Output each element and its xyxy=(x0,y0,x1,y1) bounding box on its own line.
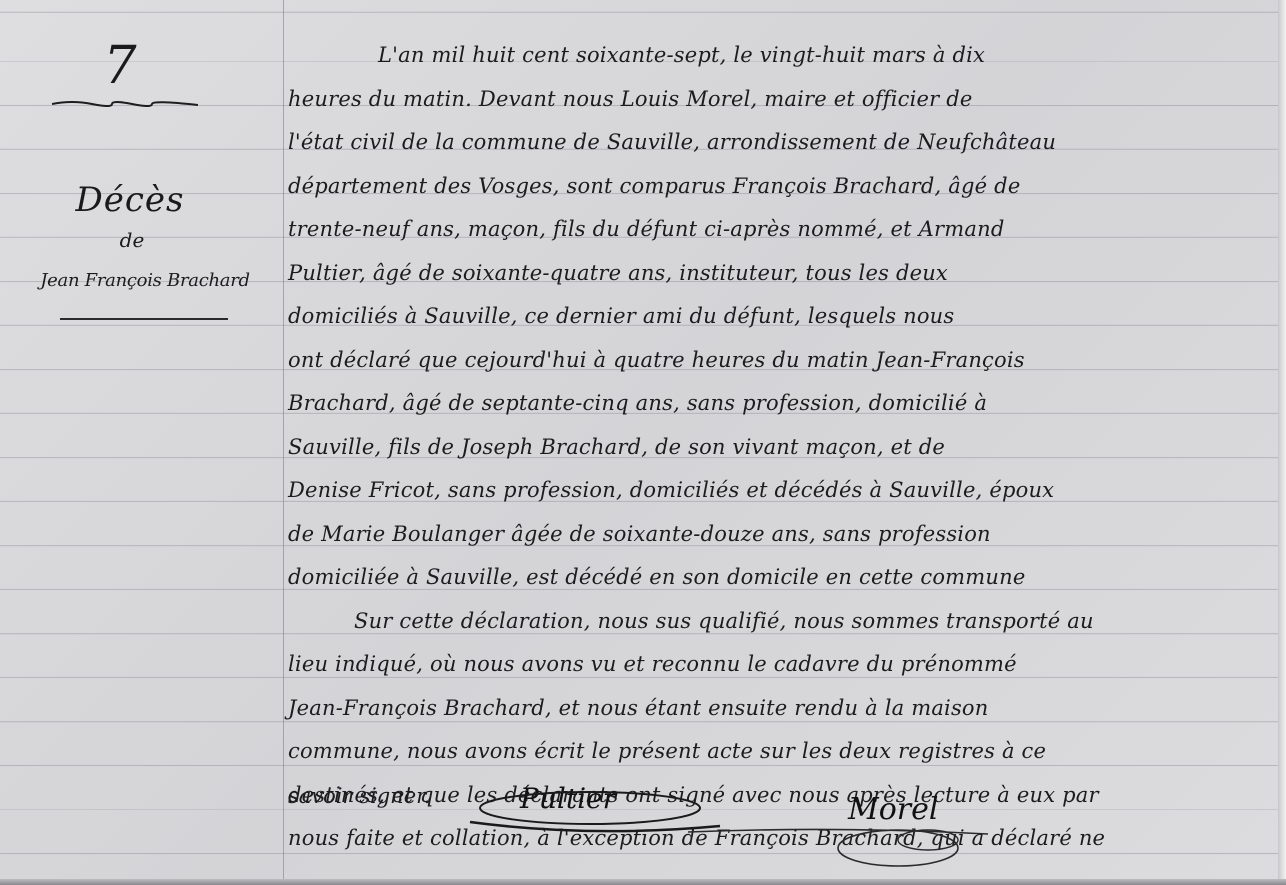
body-line: L'an mil huit cent soixante-sept, le vin… xyxy=(288,34,1278,78)
body-line: lieu indiqué, où nous avons vu et reconn… xyxy=(288,643,1278,687)
margin-column: 7 Décès de Jean François Brachard xyxy=(0,0,283,885)
body-line: Pultier, âgé de soixante-quatre ans, ins… xyxy=(288,252,1278,296)
closing-phrase: savoir signer. xyxy=(288,784,431,808)
record-title: Décès xyxy=(60,180,200,220)
deceased-name: Jean François Brachard xyxy=(10,270,280,291)
body-line: ont déclaré que cejourd'hui à quatre heu… xyxy=(288,339,1278,383)
body-line: domiciliée à Sauville, est décédé en son… xyxy=(288,556,1278,600)
body-line: l'état civil de la commune de Sauville, … xyxy=(288,121,1278,165)
body-line: Sauville, fils de Joseph Brachard, de so… xyxy=(288,426,1278,470)
record-body: L'an mil huit cent soixante-sept, le vin… xyxy=(288,34,1278,861)
body-line: domiciliés à Sauville, ce dernier ami du… xyxy=(288,295,1278,339)
body-line: Brachard, âgé de septante-cinq ans, sans… xyxy=(288,382,1278,426)
title-preposition: de xyxy=(112,228,152,252)
body-line: heures du matin. Devant nous Louis Morel… xyxy=(288,78,1278,122)
body-line: département des Vosges, sont comparus Fr… xyxy=(288,165,1278,209)
signature-mayor: Morel xyxy=(848,792,938,827)
body-line: commune, nous avons écrit le présent act… xyxy=(288,730,1278,774)
body-line: trente-neuf ans, maçon, fils du défunt c… xyxy=(288,208,1278,252)
body-line: Denise Fricot, sans profession, domicili… xyxy=(288,469,1278,513)
body-line: Jean-François Brachard, et nous étant en… xyxy=(288,687,1278,731)
number-underline-flourish xyxy=(52,100,198,108)
signature-block: savoir signer. Pultier Morel xyxy=(288,780,1278,880)
name-underline xyxy=(60,318,228,320)
page-edge-right xyxy=(1278,0,1286,885)
act-number: 7 xyxy=(100,38,140,94)
body-line: de Marie Boulanger âgée de soixante-douz… xyxy=(288,513,1278,557)
margin-rule xyxy=(283,0,284,885)
body-line: Sur cette déclaration, nous sus qualifié… xyxy=(288,600,1278,644)
signature-paraph-mayor xyxy=(688,822,988,882)
signature-witness: Pultier xyxy=(520,782,616,815)
document-page: 7 Décès de Jean François Brachard L'an m… xyxy=(0,0,1286,885)
